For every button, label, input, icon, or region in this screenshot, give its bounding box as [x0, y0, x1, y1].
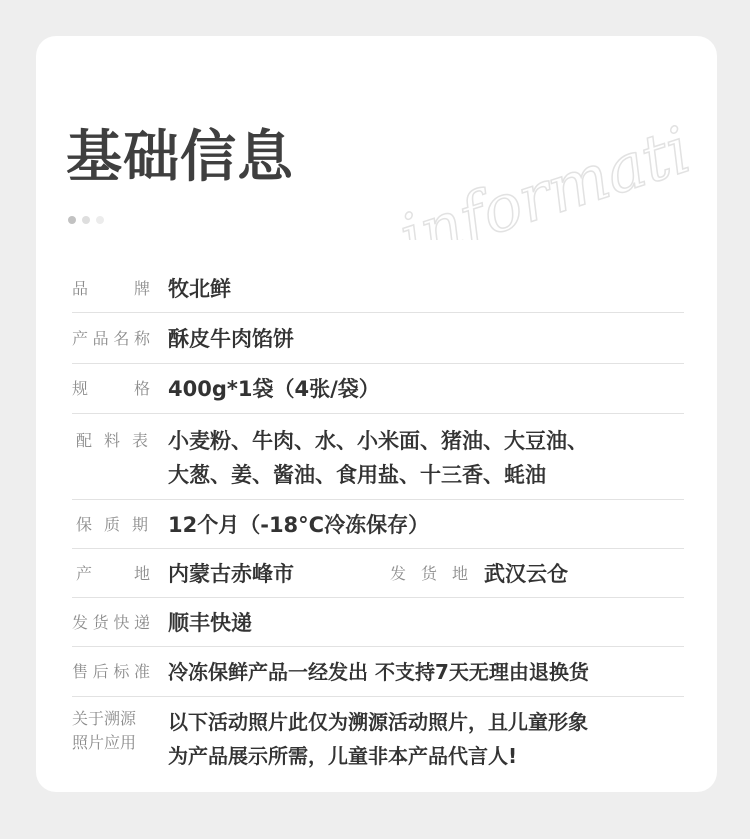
label-char: 期	[132, 514, 148, 536]
label-char: 保	[76, 514, 92, 536]
label-char: 表	[132, 430, 148, 452]
label-courier: 发 货 快 递	[72, 612, 152, 634]
origin-values: 内蒙古赤峰市 发 货 地 武汉云仓	[168, 557, 684, 591]
value-line: 小麦粉、牛肉、水、小米面、猪油、大豆油、	[168, 424, 684, 458]
label-char: 发	[390, 563, 406, 585]
row-after-sales: 售 后 标 准 冷冻保鲜产品一经发出 不支持7天无理由退换货	[72, 647, 684, 697]
label-char: 格	[134, 378, 150, 400]
label-char: 发	[72, 612, 88, 634]
row-origin: 产 地 内蒙古赤峰市 发 货 地 武汉云仓	[72, 549, 684, 598]
value-shelf-life: 12个月（-18°C冷冻保存）	[168, 508, 684, 542]
label-product-name: 产 品 名 称	[72, 328, 152, 350]
label-origin: 产 地	[72, 563, 152, 585]
value-product-name: 酥皮牛肉馅饼	[168, 322, 684, 356]
label-ship-from: 发 货 地	[390, 563, 468, 585]
row-photo-notice: 关于溯源 照片应用 以下活动照片此仅为溯源活动照片，且儿童形象 为产品展示所需，…	[72, 697, 684, 777]
label-char: 准	[134, 661, 150, 683]
indicator-dot	[82, 216, 90, 224]
label-char: 规	[72, 378, 88, 400]
label-char: 货	[93, 612, 109, 634]
label-char: 名	[113, 328, 129, 350]
label-char: 产	[72, 328, 88, 350]
row-ingredients: 配 料 表 小麦粉、牛肉、水、小米面、猪油、大豆油、 大葱、姜、酱油、食用盐、十…	[72, 414, 684, 500]
value-origin: 内蒙古赤峰市	[168, 557, 318, 591]
value-after-sales: 冷冻保鲜产品一经发出 不支持7天无理由退换货	[168, 655, 684, 689]
label-shelf-life: 保 质 期	[72, 514, 152, 536]
value-photo-notice: 以下活动照片此仅为溯源活动照片，且儿童形象 为产品展示所需，儿童非本产品代言人!	[168, 705, 684, 773]
row-shelf-life: 保 质 期 12个月（-18°C冷冻保存）	[72, 500, 684, 549]
indicator-dot	[68, 216, 76, 224]
svg-text:information: information	[391, 89, 690, 240]
value-line: 大葱、姜、酱油、食用盐、十三香、蚝油	[168, 458, 684, 492]
page-title: 基础信息	[66, 122, 294, 194]
page-indicator	[68, 216, 104, 224]
value-ingredients: 小麦粉、牛肉、水、小米面、猪油、大豆油、 大葱、姜、酱油、食用盐、十三香、蚝油	[168, 424, 684, 492]
label-char: 牌	[134, 278, 150, 300]
label-line: 关于溯源	[72, 707, 150, 731]
label-char: 称	[134, 328, 150, 350]
indicator-dot	[96, 216, 104, 224]
label-line: 照片应用	[72, 731, 150, 755]
label-char: 料	[104, 430, 120, 452]
label-char: 地	[452, 563, 468, 585]
value-line: 为产品展示所需，儿童非本产品代言人!	[168, 739, 684, 773]
label-char: 配	[76, 430, 92, 452]
information-watermark-icon: information	[380, 60, 690, 240]
label-photo-notice: 关于溯源 照片应用	[72, 707, 152, 755]
row-product-name: 产 品 名 称 酥皮牛肉馅饼	[72, 313, 684, 364]
label-char: 品	[72, 278, 88, 300]
label-spec: 规 格	[72, 378, 152, 400]
label-brand: 品 牌	[72, 278, 152, 300]
label-char: 品	[93, 328, 109, 350]
label-char: 快	[113, 612, 129, 634]
label-char: 售	[72, 661, 88, 683]
label-char: 质	[104, 514, 120, 536]
label-char: 递	[134, 612, 150, 634]
label-char: 货	[421, 563, 437, 585]
label-char: 后	[93, 661, 109, 683]
info-table: 品 牌 牧北鲜 产 品 名 称 酥皮牛肉馅饼 规 格 400g*1袋（4张/袋）…	[72, 264, 684, 777]
row-spec: 规 格 400g*1袋（4张/袋）	[72, 364, 684, 414]
value-courier: 顺丰快递	[168, 606, 684, 640]
label-after-sales: 售 后 标 准	[72, 661, 152, 683]
value-brand: 牧北鲜	[168, 272, 684, 306]
label-char: 地	[134, 563, 150, 585]
value-line: 以下活动照片此仅为溯源活动照片，且儿童形象	[168, 705, 684, 739]
row-courier: 发 货 快 递 顺丰快递	[72, 598, 684, 647]
row-brand: 品 牌 牧北鲜	[72, 264, 684, 313]
value-spec: 400g*1袋（4张/袋）	[168, 372, 684, 406]
value-ship-from: 武汉云仓	[484, 557, 568, 591]
label-char: 产	[76, 563, 92, 585]
label-ingredients: 配 料 表	[72, 430, 152, 452]
label-char: 标	[113, 661, 129, 683]
